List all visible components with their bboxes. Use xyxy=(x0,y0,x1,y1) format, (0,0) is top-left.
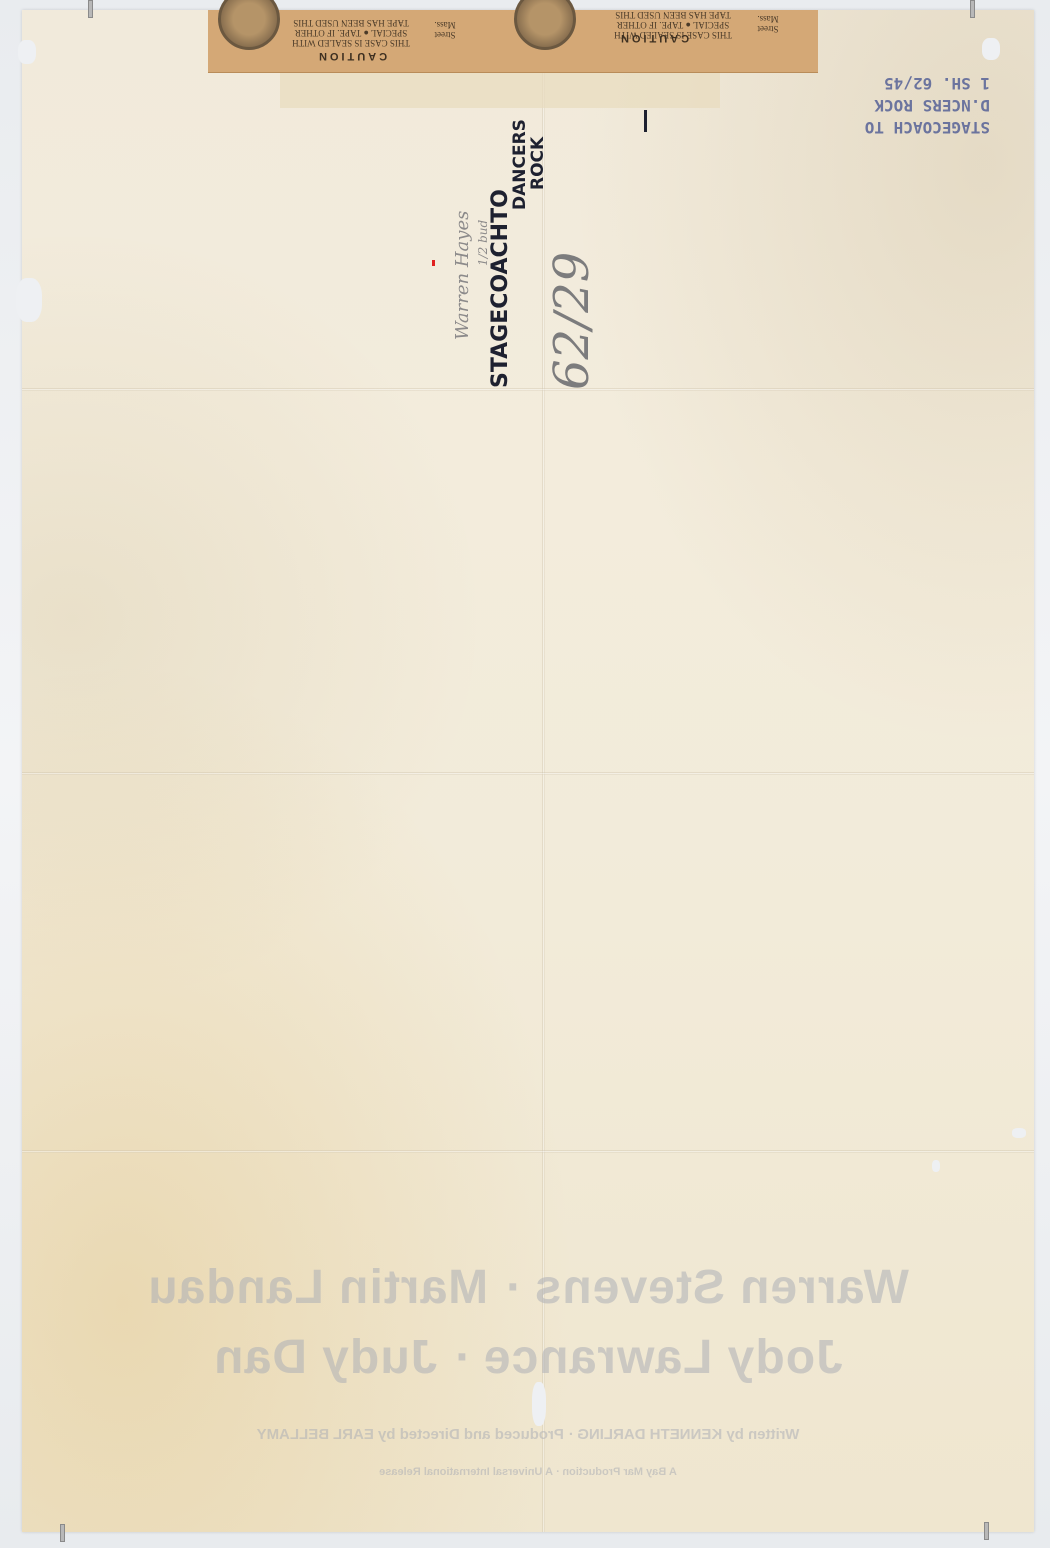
marker-title: STAGECOACHTO xyxy=(488,189,513,388)
tape-side-text: Street Mass. xyxy=(430,20,460,40)
small-hole xyxy=(932,1160,940,1172)
pin-top-left xyxy=(88,0,93,18)
corner-hole xyxy=(982,38,1000,60)
tape-caution-label-2: CAUTION xyxy=(618,32,689,44)
tape-residue xyxy=(280,72,720,108)
tape-seal-icon-2 xyxy=(514,0,576,50)
marker-rock: ROCK xyxy=(528,137,548,190)
edge-tear-2 xyxy=(18,40,36,64)
tape-side-text-2: Street Mass. xyxy=(753,14,783,34)
bleed-credits-line-2: A Bay Mar Production · A Universal Inter… xyxy=(22,1466,1034,1478)
bleed-credits-line-1: Written by KENNETH DARLING · Produced an… xyxy=(22,1426,1034,1443)
pencil-note-small: 1/2 bud xyxy=(476,220,490,266)
horizontal-fold-3 xyxy=(22,1150,1034,1153)
stamp-line-3: 1 SH. 62/45 xyxy=(840,72,990,94)
stamp-line-1: STAGECOACH TO xyxy=(840,116,990,138)
tape-seal-icon xyxy=(218,0,280,50)
pin-bottom-right xyxy=(984,1522,989,1540)
bleed-cast-line-2: Jody Lawrance · Judy Dan xyxy=(22,1330,1034,1385)
stamp-line-2: D.NCERS ROCK xyxy=(840,94,990,116)
fold-hole xyxy=(532,1382,546,1426)
horizontal-fold-2 xyxy=(22,772,1034,775)
caution-sealing-tape: THIS CASE IS SEALED WITH SPECIAL ● TAPE.… xyxy=(208,10,818,73)
tape-seal-text: THIS CASE IS SEALED WITH SPECIAL ● TAPE.… xyxy=(286,18,416,48)
horizontal-fold-1 xyxy=(22,388,1034,391)
pin-bottom-left xyxy=(60,1524,65,1542)
marker-dancers: DANCERS xyxy=(510,119,530,210)
edge-hole xyxy=(1012,1128,1026,1138)
tape-caution-label: CAUTION xyxy=(316,50,387,62)
red-mark xyxy=(432,260,435,266)
pencil-note-left: Warren Hayes xyxy=(452,211,473,340)
marker-tick xyxy=(644,110,647,132)
shipping-stamp: STAGECOACH TO D.NCERS ROCK 1 SH. 62/45 xyxy=(840,72,990,138)
bleed-cast-line-1: Warren Stevens · Martin Landau xyxy=(22,1260,1034,1315)
edge-tear xyxy=(16,278,42,322)
pin-top-right xyxy=(970,0,975,18)
poster-back: THIS CASE IS SEALED WITH SPECIAL ● TAPE.… xyxy=(22,10,1034,1532)
pencil-inventory-number: 62/29 xyxy=(544,252,600,390)
